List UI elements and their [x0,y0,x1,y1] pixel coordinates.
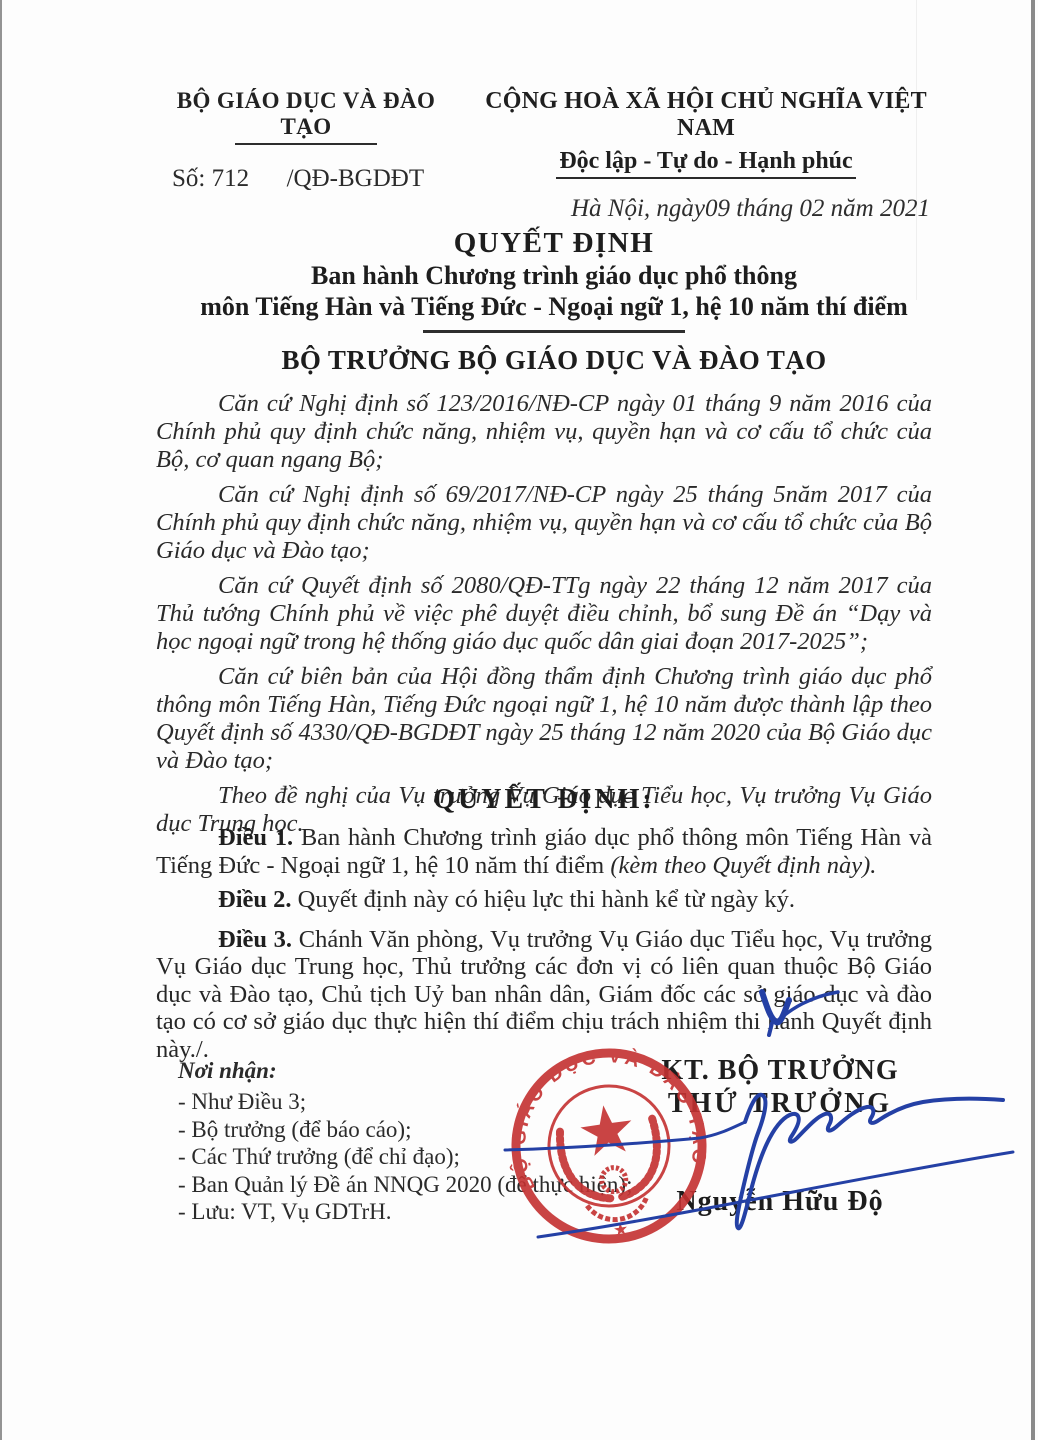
nation-name: CỘNG HOÀ XÃ HỘI CHỦ NGHĨA VIỆT NAM [480,88,932,142]
article-2: Điều 2. Quyết định này có hiệu lực thi h… [156,886,932,914]
title-separator [423,330,685,333]
preamble-paragraph: Căn cứ Nghị định số 69/2017/NĐ-CP ngày 2… [156,481,932,565]
doc-subtitle-1: Ban hành Chương trình giáo dục phổ thông [180,262,928,290]
article-1-label: Điều 1. [218,824,293,851]
article-1: Điều 1. Ban hành Chương trình giáo dục p… [156,824,932,879]
issuer-title: BỘ TRƯỞNG BỘ GIÁO DỤC VÀ ĐÀO TẠO [180,346,928,375]
doc-number: Số: 712 /QĐ-BGDĐT [150,165,462,193]
article-1-note: (kèm theo Quyết định này). [610,852,876,879]
org-name: BỘ GIÁO DỤC VÀ ĐÀO TẠO [150,88,462,140]
article-2-label: Điều 2. [218,886,292,913]
header-issuing-org: BỘ GIÁO DỤC VÀ ĐÀO TẠO Số: 712 /QĐ-BGDĐT [150,88,462,193]
preamble-paragraph: Căn cứ biên bản của Hội đồng thẩm định C… [156,663,932,775]
preamble-paragraph: Căn cứ Quyết định số 2080/QĐ-TTg ngày 22… [156,572,932,656]
approval-checkmark-icon [752,988,847,1038]
national-motto: Độc lập - Tự do - Hạnh phúc [556,148,855,179]
header-national: CỘNG HOÀ XÃ HỘI CHỦ NGHĨA VIỆT NAM Độc l… [480,88,932,223]
decision-heading: QUYẾT ĐỊNH: [156,784,932,816]
handwritten-signature [498,1085,1023,1245]
article-2-text: Quyết định này có hiệu lực thi hành kể t… [292,886,796,913]
place-date: Hà Nội, ngày09 tháng 02 năm 2021 [480,195,932,223]
org-underline [235,143,377,145]
preamble: Căn cứ Nghị định số 123/2016/NĐ-CP ngày … [156,390,932,845]
title-block: QUYẾT ĐỊNH Ban hành Chương trình giáo dụ… [180,228,928,376]
article-3-label: Điều 3. [218,926,292,953]
doc-subtitle-2: môn Tiếng Hàn và Tiếng Đức - Ngoại ngữ 1… [180,293,928,321]
page-edge-left [0,0,2,1440]
doc-heading: QUYẾT ĐỊNH [180,228,928,259]
document-page: BỘ GIÁO DỤC VÀ ĐÀO TẠO Số: 712 /QĐ-BGDĐT… [0,0,1038,1440]
page-edge-right [1031,0,1035,1440]
preamble-paragraph: Căn cứ Nghị định số 123/2016/NĐ-CP ngày … [156,390,932,474]
